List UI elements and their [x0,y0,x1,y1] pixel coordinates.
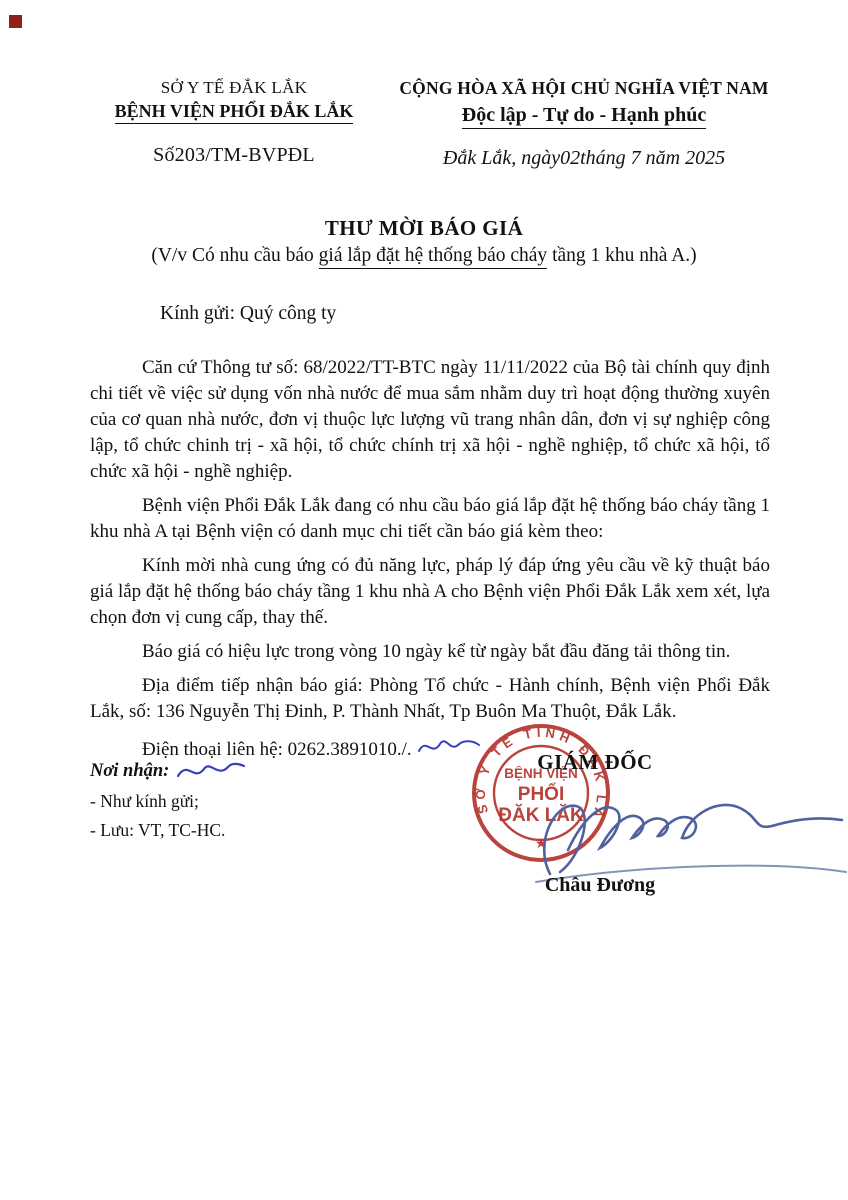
doc-subject: (V/v Có nhu cầu báo giá lắp đặt hệ thống… [0,245,848,267]
issuer-name: BỆNH VIỆN PHỔI ĐẮK LẮK [88,101,380,122]
document-header: SỞ Y TẾ ĐẮK LẮK BỆNH VIỆN PHỔI ĐẮK LẮK S… [0,0,848,170]
signer-name: Châu Đương [505,874,695,897]
body-paragraph: Địa điểm tiếp nhận báo giá: Phòng Tổ chứ… [90,673,770,725]
doc-number: Số203/TM-BVPĐL [88,144,380,167]
corner-mark [9,15,22,28]
recipients-label: Nơi nhận: [90,761,169,781]
date-line: Đắk Lắk, ngày02tháng 7 năm 2025 [380,147,788,170]
national-motto-line1: CỘNG HÒA XÃ HỘI CHỦ NGHĨA VIỆT NAM [380,78,788,99]
issuer-department: SỞ Y TẾ ĐẮK LẮK [88,78,380,98]
issuer-block: SỞ Y TẾ ĐẮK LẮK BỆNH VIỆN PHỔI ĐẮK LẮK S… [88,78,380,170]
national-header-block: CỘNG HÒA XÃ HỘI CHỦ NGHĨA VIỆT NAM Độc l… [380,78,788,170]
signature-stroke [544,805,842,874]
pen-scribble-icon [174,758,246,784]
national-motto-line2: Độc lập - Tự do - Hạnh phúc [380,104,788,127]
body-paragraph: Căn cứ Thông tư số: 68/2022/TT-BTC ngày … [90,355,770,485]
body-text: Căn cứ Thông tư số: 68/2022/TT-BTC ngày … [0,325,848,763]
salutation: Kính gửi: Quý công ty [160,303,848,325]
title-block: THƯ MỜI BÁO GIÁ (V/v Có nhu cầu báo giá … [0,216,848,267]
recipient-item: - Lưu: VT, TC-HC. [90,819,246,842]
body-paragraph: Bệnh viện Phổi Đắk Lắk đang có nhu cầu b… [90,493,770,545]
body-paragraph: Kính mời nhà cung ứng có đủ năng lực, ph… [90,553,770,631]
body-paragraph: Báo giá có hiệu lực trong vòng 10 ngày k… [90,639,770,665]
doc-subject-underline: giá lắp đặt hệ thống báo cháy [319,245,548,269]
recipient-item: - Như kính gửi; [90,790,246,813]
recipients-block: Nơi nhận: - Như kính gửi; - Lưu: VT, TC-… [90,758,246,842]
document-page: SỞ Y TẾ ĐẮK LẮK BỆNH VIỆN PHỔI ĐẮK LẮK S… [0,0,848,1200]
director-title: GIÁM ĐỐC [505,750,685,775]
doc-title: THƯ MỜI BÁO GIÁ [0,216,848,241]
